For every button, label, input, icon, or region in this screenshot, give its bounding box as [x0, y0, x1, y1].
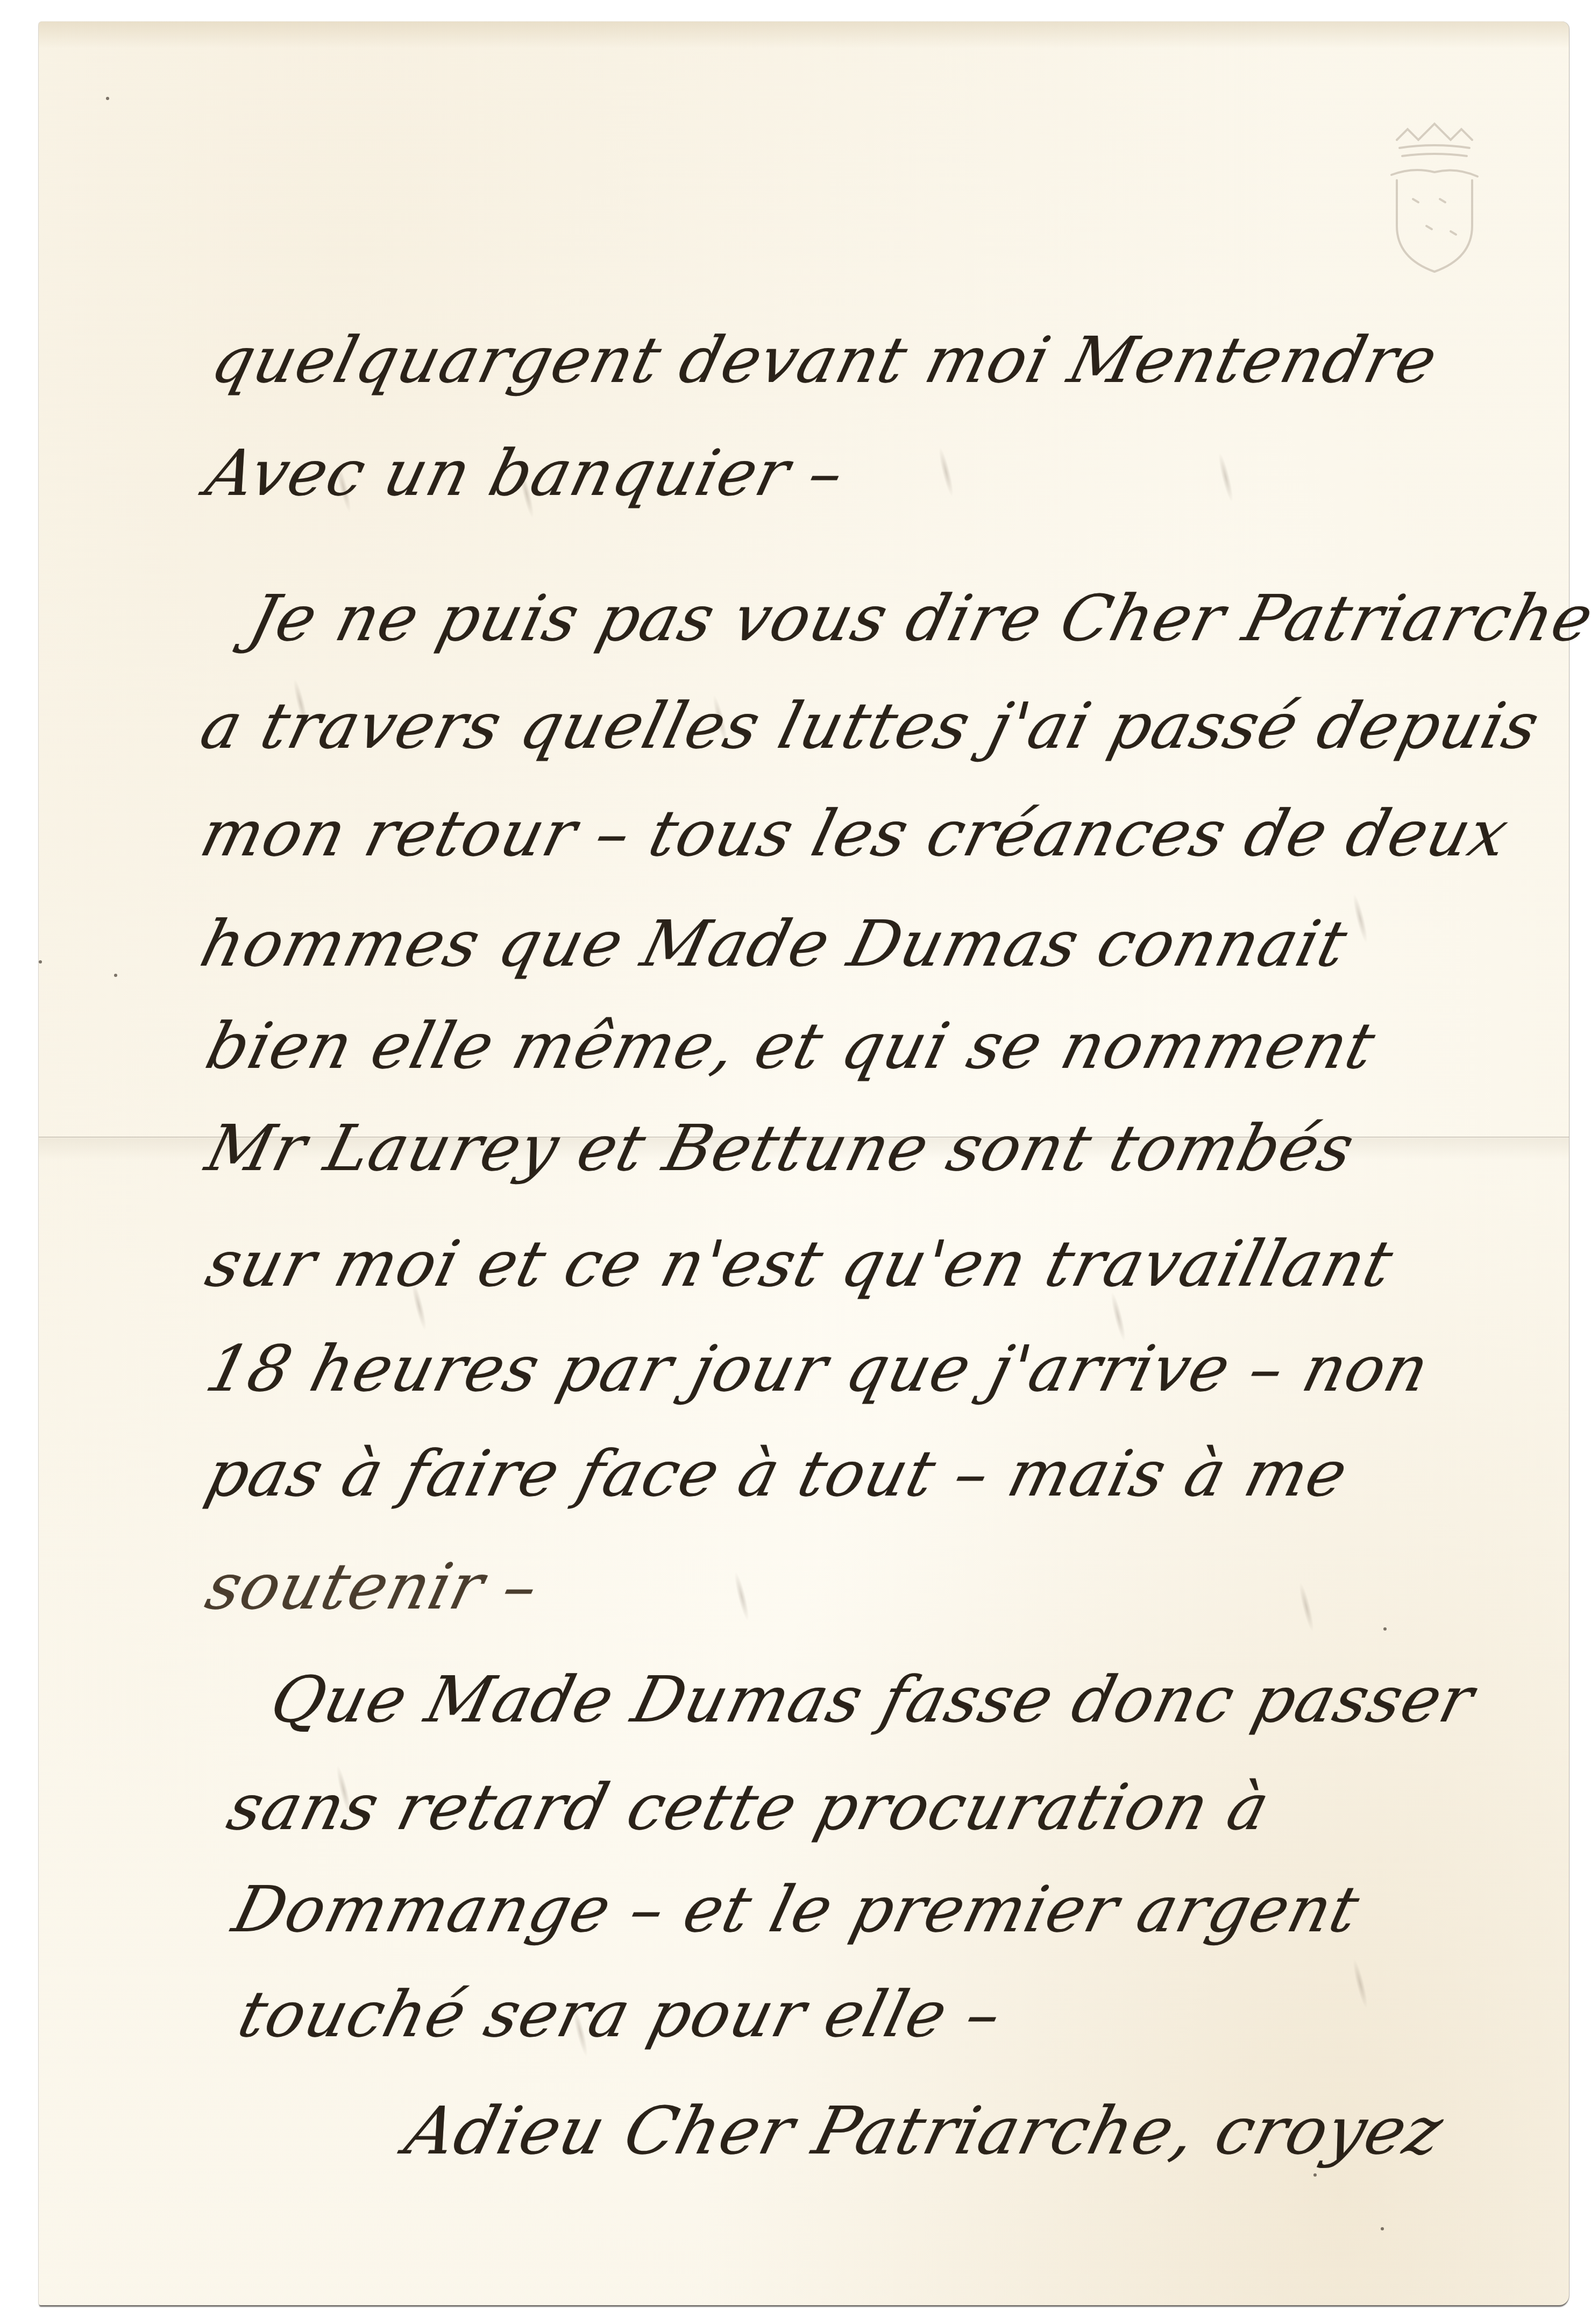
paper-speck [114, 974, 117, 977]
embossed-crest-icon [1375, 118, 1494, 280]
letter-line: hommes que Made Dumas connait [194, 906, 1355, 981]
letter-line: sur moi et ce n'est qu'en travaillant [199, 1227, 1401, 1301]
paper-speck [39, 960, 42, 963]
bleed-through-mark [1216, 452, 1236, 504]
letter-line: Dommange – et le premier argent [226, 1872, 1367, 1946]
bleed-through-mark [1297, 1582, 1317, 1633]
letter-line: pas à faire face à tout – mais à me [199, 1436, 1356, 1511]
paper-speck [1383, 1627, 1387, 1631]
letter-line: bien elle même, et qui se nomment [199, 1009, 1383, 1083]
bleed-through-mark [1351, 1958, 1370, 2010]
bleed-through-mark [732, 1571, 752, 1622]
letter-line: mon retour – tous les créances de deux [194, 796, 1517, 870]
letter-line: Mr Laurey et Bettune sont tombés [199, 1111, 1362, 1185]
letter-line: quelquargent devant moi Mentendre [204, 323, 1445, 397]
letter-line: 18 heures par jour que j'arrive – non [199, 1331, 1437, 1406]
letter-line: Avec un banquier – [199, 436, 852, 510]
paper-speck [106, 97, 109, 100]
bleed-through-mark [936, 447, 956, 498]
paper-edge-discoloration [39, 22, 1569, 48]
letter-line: sans retard cette procuration à [221, 1770, 1277, 1844]
paper-speck [1313, 2173, 1317, 2177]
closing-line: Adieu Cher Patriarche, croyez [398, 2093, 1451, 2169]
letter-line: touché sera pour elle – [231, 1977, 1010, 2051]
letter-line: a travers quelles luttes j'ai passé depu… [194, 689, 1547, 763]
paper-speck [1381, 2227, 1384, 2230]
letter-line: Je ne puis pas vous dire Cher Patriarche [242, 581, 1591, 655]
bleed-through-mark [1351, 893, 1370, 945]
letter-line: soutenir – [199, 1549, 546, 1624]
letter-line: Que Made Dumas fasse donc passer [264, 1662, 1482, 1737]
